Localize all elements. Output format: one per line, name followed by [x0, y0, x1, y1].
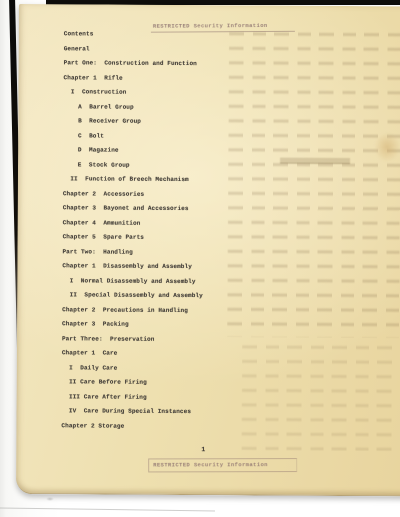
toc-line: III Care After Firing [62, 390, 203, 405]
toc-line: Chapter 1 Rifle [64, 71, 205, 86]
toc-line: D Magazine [63, 143, 204, 158]
toc-line: C Bolt [63, 129, 204, 144]
table-of-contents: ContentsGeneralPart One: Construction an… [61, 27, 204, 434]
toc-line: Part Two: Handling [62, 245, 203, 260]
scanned-document-page: RESTRICTED Security Information Contents… [0, 0, 400, 517]
toc-line: I Construction [63, 85, 204, 100]
toc-line: I Normal Disassembly and Assembly [62, 274, 203, 289]
toc-line: E Stock Group [63, 158, 204, 173]
toc-line: Chapter 3 Bayonet and Accessories [63, 201, 204, 216]
toc-line: IV Care During Special Instances [61, 404, 202, 419]
ink-bleedthrough-underline [280, 158, 350, 164]
toc-line: Part One: Construction and Function [64, 56, 205, 71]
restricted-stamp-bottom-text: RESTRICTED Security Information [153, 461, 268, 468]
toc-line: Part Three: Preservation [62, 332, 203, 347]
toc-line: B Receiver Group [63, 114, 204, 129]
scanner-artifact-line [0, 507, 215, 511]
toc-line: Chapter 1 Care [62, 346, 203, 361]
paper-stain [374, 132, 400, 162]
toc-line: I Daily Care [62, 361, 203, 376]
toc-line: Chapter 2 Storage [61, 419, 202, 434]
toc-line: Chapter 4 Ammunition [63, 216, 204, 231]
toc-line: Chapter 5 Spare Parts [63, 230, 204, 245]
toc-line: Chapter 2 Precautions in Handling [62, 303, 203, 318]
toc-line: II Function of Breech Mechanism [63, 172, 204, 187]
page-number: 1 [197, 446, 209, 453]
ink-bleedthrough-upper [227, 27, 400, 338]
restricted-stamp-bottom: RESTRICTED Security Information [148, 458, 297, 472]
toc-line: A Barrel Group [63, 100, 204, 115]
paper-sheet: RESTRICTED Security Information Contents… [16, 4, 400, 496]
toc-line: II Special Disassembly and Assembly [62, 288, 203, 303]
toc-line: Contents [64, 27, 205, 42]
toc-line: Chapter 1 Disassembly and Assembly [62, 259, 203, 274]
toc-line: II Care Before Firing [62, 375, 203, 390]
toc-line: General [64, 42, 205, 57]
ink-bleedthrough-lower [241, 340, 400, 451]
toc-line: Chapter 2 Accessories [63, 187, 204, 202]
toc-line: Chapter 3 Packing [62, 317, 203, 332]
pencil-mark [46, 497, 54, 501]
